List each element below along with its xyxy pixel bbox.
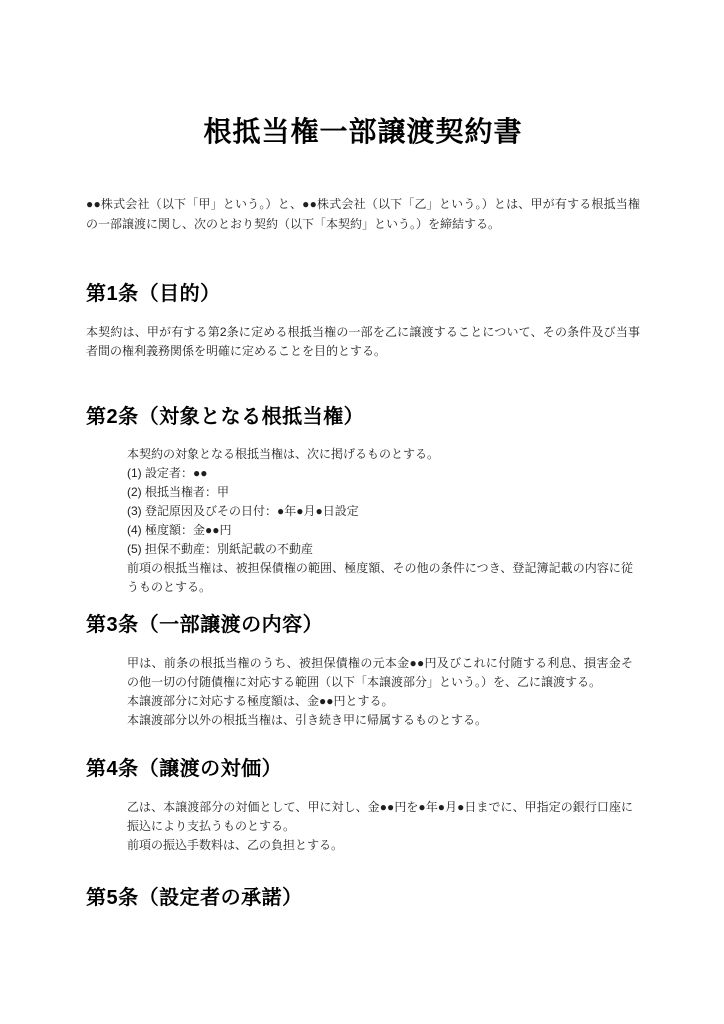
article-2-paragraph: 本契約の対象となる根抵当権は、次に掲げるものとする。 bbox=[127, 445, 633, 464]
article-3: 第3条（一部譲渡の内容） 甲は、前条の根抵当権のうち、被担保債権の元本金●●円及… bbox=[86, 611, 640, 730]
article-3-paragraph: 本譲渡部分以外の根抵当権は、引き続き甲に帰属するものとする。 bbox=[127, 711, 633, 730]
article-4: 第4条（譲渡の対価） 乙は、本譲渡部分の対価として、甲に対し、金●●円を●年●月… bbox=[86, 755, 640, 855]
article-2-paragraph: 前項の根抵当権は、被担保債権の範囲、極度額、その他の条件につき、登記簿記載の内容… bbox=[127, 559, 633, 597]
article-3-paragraph: 本譲渡部分に対応する極度額は、金●●円とする。 bbox=[127, 692, 633, 711]
article-2-list-item: (2) 根抵当権者：甲 bbox=[127, 483, 633, 502]
article-4-heading: 第4条（譲渡の対価） bbox=[86, 755, 640, 783]
contract-document-page: 根抵当権一部譲渡契約書 ●●株式会社（以下「甲」という。）と、●●株式会社（以下… bbox=[0, 0, 724, 1024]
article-2-list-item: (4) 極度額：金●●円 bbox=[127, 521, 633, 540]
article-4-paragraph: 乙は、本譲渡部分の対価として、甲に対し、金●●円を●年●月●日までに、甲指定の銀… bbox=[127, 798, 633, 836]
article-5: 第5条（設定者の承諾） bbox=[86, 884, 640, 912]
article-4-body: 乙は、本譲渡部分の対価として、甲に対し、金●●円を●年●月●日までに、甲指定の銀… bbox=[127, 798, 633, 855]
article-1-body: 本契約は、甲が有する第2条に定める根抵当権の一部を乙に譲渡することについて、その… bbox=[86, 323, 640, 361]
article-5-heading: 第5条（設定者の承諾） bbox=[86, 884, 640, 912]
article-2-heading: 第2条（対象となる根抵当権） bbox=[86, 403, 640, 431]
article-2: 第2条（対象となる根抵当権） 本契約の対象となる根抵当権は、次に掲げるものとする… bbox=[86, 403, 640, 597]
preamble-paragraph: ●●株式会社（以下「甲」という。）と、●●株式会社（以下「乙」という。）とは、甲… bbox=[86, 194, 640, 234]
article-3-heading: 第3条（一部譲渡の内容） bbox=[86, 611, 640, 639]
article-3-paragraph: 甲は、前条の根抵当権のうち、被担保債権の元本金●●円及びこれに付随する利息、損害… bbox=[127, 654, 633, 692]
article-3-body: 甲は、前条の根抵当権のうち、被担保債権の元本金●●円及びこれに付随する利息、損害… bbox=[127, 654, 633, 730]
article-2-list-item: (3) 登記原因及びその日付：●年●月●日設定 bbox=[127, 502, 633, 521]
article-2-list-item: (1) 設定者：●● bbox=[127, 464, 633, 483]
article-1: 第1条（目的） 本契約は、甲が有する第2条に定める根抵当権の一部を乙に譲渡するこ… bbox=[86, 280, 640, 361]
article-2-list-item: (5) 担保不動産：別紙記載の不動産 bbox=[127, 540, 633, 559]
article-2-body: 本契約の対象となる根抵当権は、次に掲げるものとする。 (1) 設定者：●● (2… bbox=[127, 445, 633, 597]
article-1-paragraph: 本契約は、甲が有する第2条に定める根抵当権の一部を乙に譲渡することについて、その… bbox=[86, 323, 640, 361]
article-4-paragraph: 前項の振込手数料は、乙の負担とする。 bbox=[127, 836, 633, 855]
document-title: 根抵当権一部譲渡契約書 bbox=[86, 110, 640, 154]
article-1-heading: 第1条（目的） bbox=[86, 280, 640, 308]
